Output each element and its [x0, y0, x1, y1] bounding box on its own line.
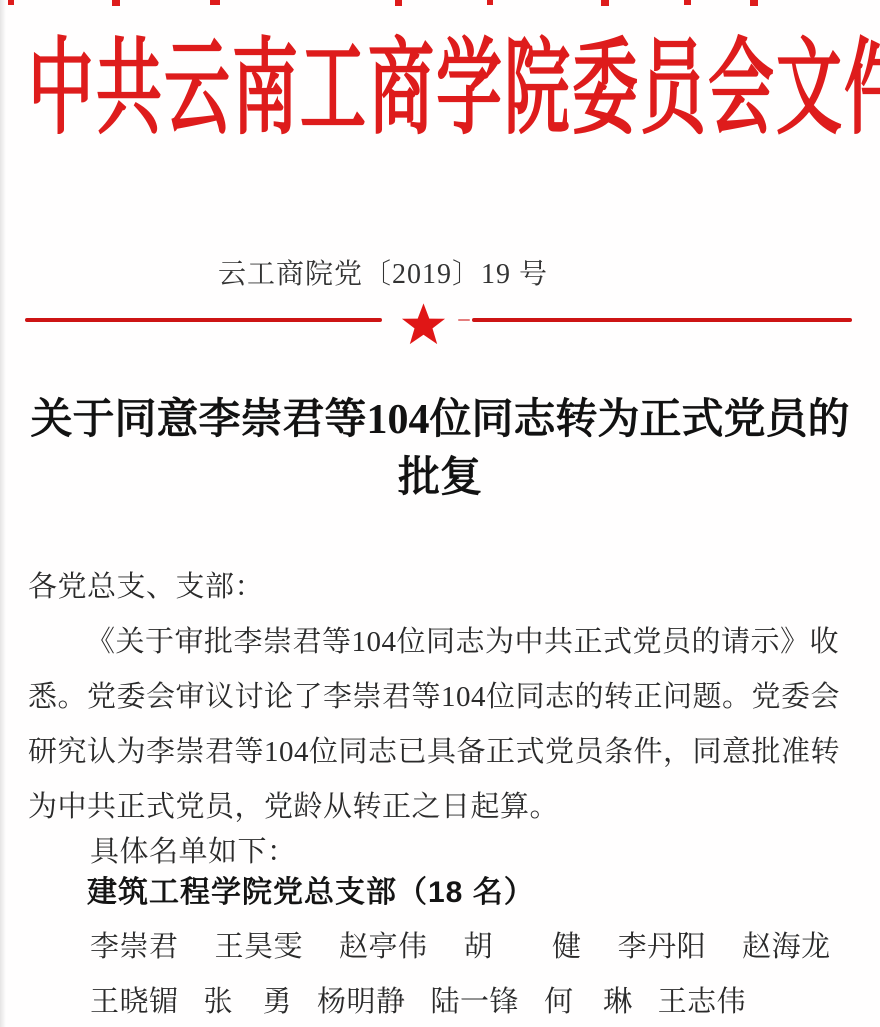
- document-number: 云工商院党〔2019〕19 号: [0, 252, 823, 292]
- red-rule-left: [25, 318, 382, 322]
- member-name: 李丹阳: [618, 920, 707, 975]
- member-name: 何 琳: [544, 975, 633, 1027]
- document-page: 中共云南工商学院委员会文件 云工商院党〔2019〕19 号 关于同意李崇君等10…: [0, 0, 880, 1027]
- member-name: 杨明静: [317, 975, 406, 1027]
- red-star-icon: [401, 301, 446, 347]
- scan-artifact: [8, 0, 14, 5]
- salutation: 各党总支、支部：: [28, 560, 852, 615]
- member-name: 胡 健: [464, 920, 582, 975]
- member-name: 赵亭伟: [339, 920, 428, 975]
- name-row: 李崇君王昊雯赵亭伟胡 健李丹阳赵海龙: [90, 920, 852, 975]
- document-body: 各党总支、支部： 《关于审批李崇君等104位同志为中共正式党员的请示》收悉。党委…: [28, 560, 852, 1027]
- paragraph-line: 悉。党委会审议讨论了李崇君等104位同志的转正问题。党委会: [28, 670, 852, 725]
- document-title-line2: 批复: [28, 449, 852, 507]
- member-name: 赵海龙: [742, 920, 831, 975]
- document-title-line1: 关于同意李崇君等104位同志转为正式党员的: [28, 391, 852, 449]
- red-rule-right: [472, 318, 852, 322]
- member-name: 王晓镅: [90, 975, 179, 1027]
- member-name: 陆一锋: [431, 975, 520, 1027]
- document-title: 关于同意李崇君等104位同志转为正式党员的 批复: [28, 391, 852, 507]
- main-paragraph: 《关于审批李崇君等104位同志为中共正式党员的请示》收悉。党委会审议讨论了李崇君…: [28, 615, 852, 835]
- red-letterhead-title: 中共云南工商学院委员会文件: [28, 4, 852, 154]
- member-name: 李崇君: [90, 920, 179, 975]
- member-name: 王志伟: [658, 975, 747, 1027]
- paragraph-line: 研究认为李崇君等104位同志已具备正式党员条件，同意批准转: [28, 725, 852, 780]
- member-name-list: 李崇君王昊雯赵亭伟胡 健李丹阳赵海龙王晓镅张 勇杨明静陆一锋何 琳王志伟: [28, 920, 852, 1027]
- member-name: 张 勇: [204, 975, 293, 1027]
- member-name: 王昊雯: [215, 920, 304, 975]
- paragraph-line: 《关于审批李崇君等104位同志为中共正式党员的请示》收: [28, 615, 852, 670]
- branch-section-heading: 建筑工程学院党总支部（18 名）: [28, 865, 852, 920]
- name-row: 王晓镅张 勇杨明静陆一锋何 琳王志伟: [90, 975, 852, 1027]
